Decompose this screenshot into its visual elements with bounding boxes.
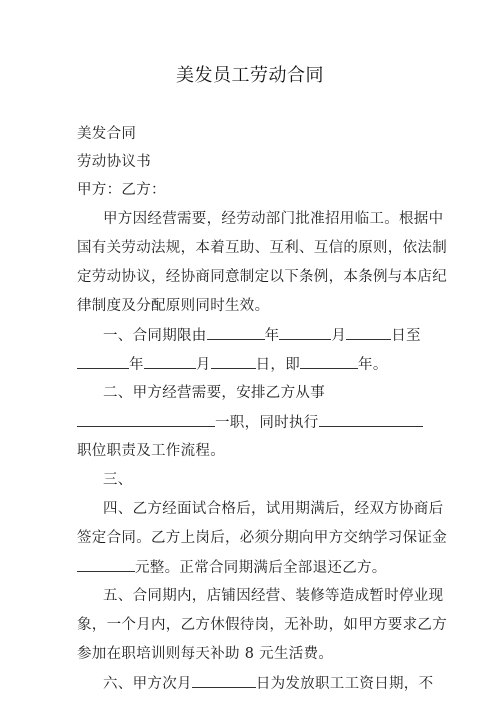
blank-end-year[interactable]: [77, 354, 129, 369]
blank-position[interactable]: [77, 412, 215, 427]
clause-5-line-1: 五、合同期内，店铺因经营、装修等造成暂时停业现: [103, 586, 443, 606]
clause-2-line-3: 职位职责及工作流程。: [77, 441, 225, 461]
document-page: 美发员工劳动合同 美发合同 劳动协议书 甲方：乙方： 甲方因经营需要，经劳动部门…: [0, 0, 500, 707]
clause-4-line-2: 签定合同。乙方上岗后，必须分期向甲方交纳学习保证金: [77, 528, 447, 548]
clause-1-text-h: 年。: [358, 357, 388, 373]
clause-1-text-e: 年: [129, 357, 144, 373]
clause-4-text-c: 元整。正常合同期满后全部退还乙方。: [135, 560, 387, 576]
clause-2-line-1: 二、甲方经营需要，安排乙方从事: [103, 383, 325, 403]
clause-1-line-1: 一、合同期限由年月日至: [103, 325, 421, 346]
clause-1-text-d: 日至: [391, 328, 421, 344]
clause-3-line: 三、: [103, 470, 133, 490]
preamble-line-4: 律制度及分配原则同时生效。: [77, 296, 269, 316]
blank-end-day[interactable]: [211, 354, 256, 369]
clause-6-text-a: 六、甲方次月: [103, 676, 192, 692]
clause-1-text-b: 年: [265, 328, 280, 344]
preamble-line-2: 国有关劳动法规，本着互助、互利、互信的原则，依法制: [77, 238, 447, 258]
blank-start-year[interactable]: [207, 325, 265, 340]
clause-4-line-3: 元整。正常合同期满后全部退还乙方。: [77, 557, 387, 578]
clause-1-line-2: 年月日，即年。: [77, 354, 388, 375]
blank-deposit-amount[interactable]: [77, 557, 135, 572]
clause-4-line-1: 四、乙方经面试合格后，试用期满后，经双方协商后: [103, 499, 443, 519]
preamble-line-1: 甲方因经营需要，经劳动部门批准招用临工。根据中: [103, 209, 443, 229]
parties-line: 甲方：乙方：: [77, 180, 166, 200]
preamble-line-3: 定劳动协议，经协商同意制定以下条例，本条例与本店纪: [77, 267, 447, 287]
clause-6-text-b: 日为发放职工工资日期，不: [256, 676, 434, 692]
clause-2-line-2: 一职，同时执行: [77, 412, 423, 433]
document-title: 美发员工劳动合同: [0, 61, 500, 87]
heading-labor-agreement: 劳动协议书: [77, 152, 151, 172]
blank-payday[interactable]: [192, 673, 256, 688]
clause-5-line-3: 参加在职培训则每天补助 8 元生活费。: [77, 644, 333, 664]
clause-6-line-1: 六、甲方次月日为发放职工工资日期，不: [103, 673, 433, 694]
clause-1-text-c: 月: [331, 328, 346, 344]
clause-1-text-f: 月: [196, 357, 211, 373]
heading-meifa-contract: 美发合同: [77, 124, 136, 144]
blank-duration-years[interactable]: [300, 354, 358, 369]
blank-end-month[interactable]: [144, 354, 196, 369]
clause-2-text-b: 一职，同时执行: [215, 415, 319, 431]
blank-job-role[interactable]: [319, 412, 423, 427]
clause-5-line-2: 象，一个月内，乙方休假待岗，无补助，如甲方要求乙方: [77, 615, 447, 635]
clause-1-text-a: 一、合同期限由: [103, 328, 207, 344]
blank-start-month[interactable]: [279, 325, 331, 340]
clause-1-text-g: 日，即: [256, 357, 300, 373]
blank-start-day[interactable]: [346, 325, 391, 340]
